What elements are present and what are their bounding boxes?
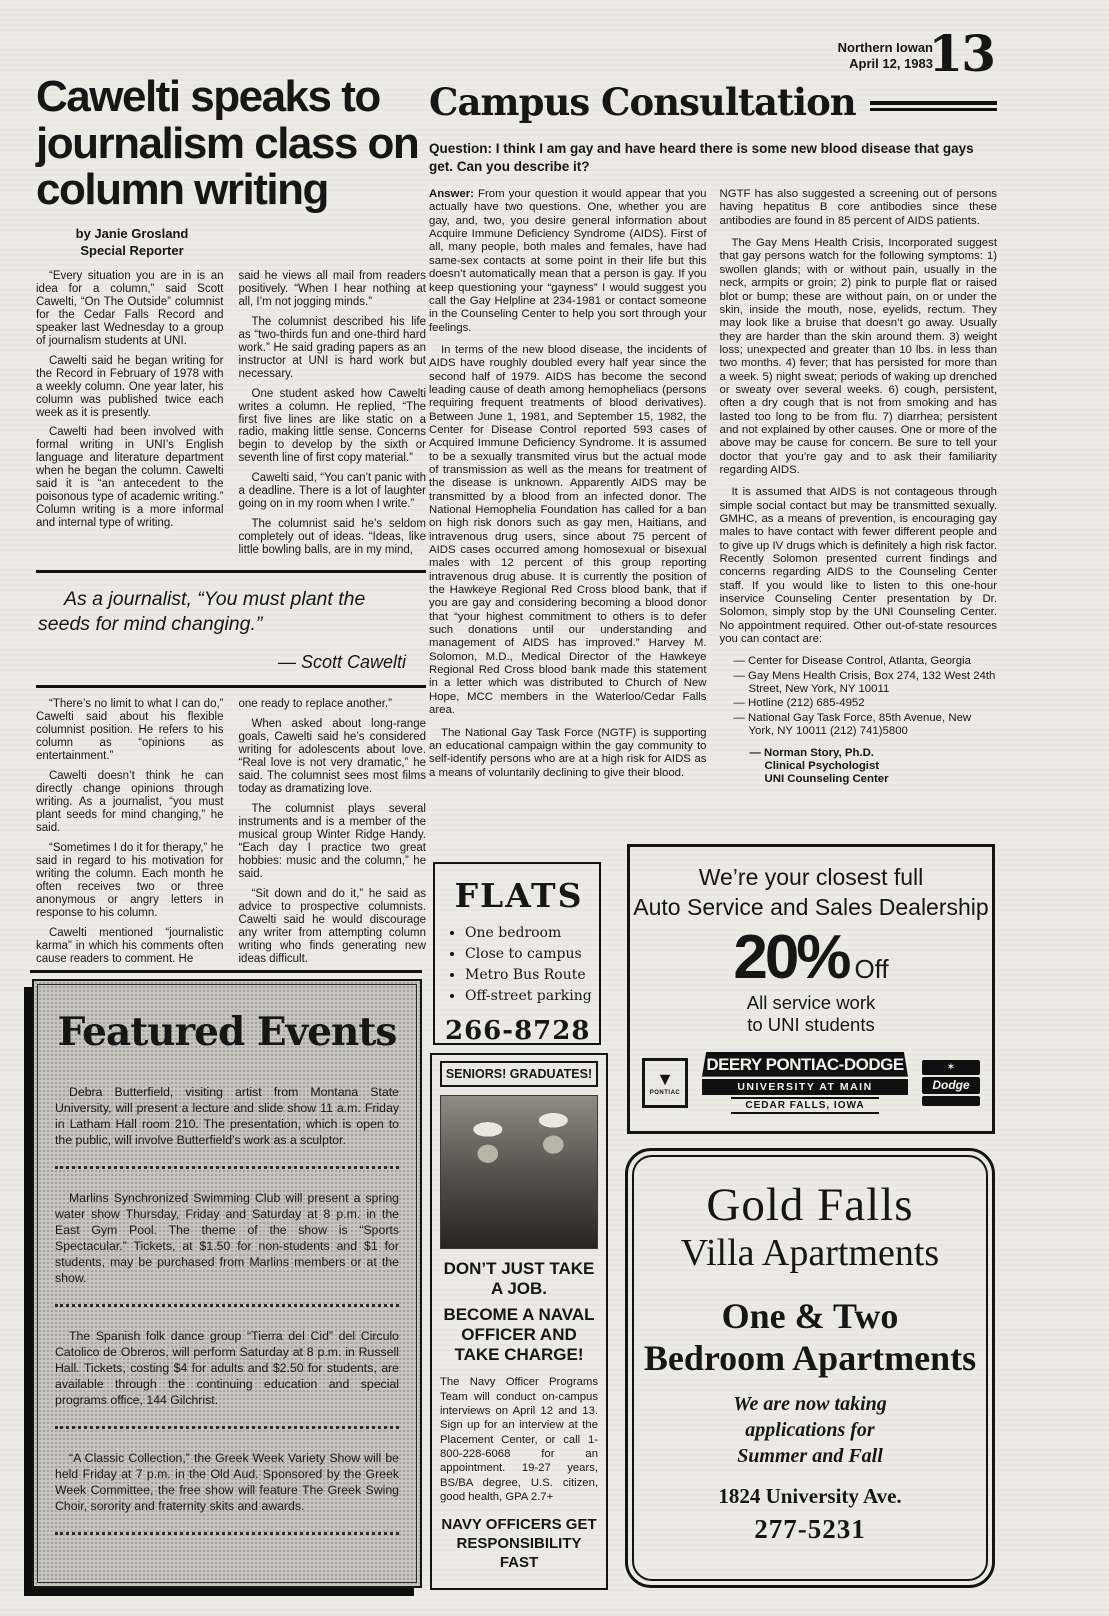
dodge-logo-bar [922, 1096, 980, 1106]
campus-consultation: Campus Consultation Question: I think I … [429, 80, 997, 789]
dealer-logo-row: ▼ PONTIAC DEERY PONTIAC-DODGE UNIVERSITY… [630, 1052, 992, 1114]
flats-bullet: One bedroom [465, 923, 593, 944]
dodge-logo-label: Dodge [922, 1077, 980, 1094]
consultation-title: Campus Consultation [429, 80, 856, 124]
dotted-divider [55, 1531, 399, 1535]
gold-falls-name-2: Villa Apartments [634, 1234, 986, 1274]
navy-headline-2: BECOME A NAVAL OFFICER AND TAKE CHARGE! [440, 1305, 598, 1365]
resource-item: — Center for Disease Control, Atlanta, G… [734, 655, 998, 668]
resource-item: — National Gay Task Force, 85th Avenue, … [734, 712, 998, 739]
consultation-paragraph: In terms of the new blood disease, the i… [429, 344, 707, 718]
consultation-paragraph: NGTF has also suggested a screening out … [720, 188, 998, 228]
article-column-3: “There’s no limit to what I can do,” Caw… [36, 698, 224, 973]
gold-falls-offer-1: One & Two [634, 1298, 986, 1336]
flats-ad: FLATS One bedroom Close to campus Metro … [433, 862, 601, 1045]
event-item: “A Classic Collection,” the Greek Week V… [55, 1451, 399, 1515]
article-lower-columns: “There’s no limit to what I can do,” Caw… [36, 698, 426, 973]
article-column-2: said he views all mail from readers posi… [239, 270, 427, 565]
article-paragraph: Cawelti doesn’t think he can directly ch… [36, 770, 224, 835]
article-cawelti: Cawelti speaks to journalism class on co… [36, 74, 426, 973]
consultation-columns: Answer: From your question it would appe… [429, 188, 997, 789]
event-item: Debra Butterfield, visiting artist from … [55, 1085, 399, 1149]
article-upper-columns: “Every situation you are in is an idea f… [36, 270, 426, 565]
gold-falls-tagline: We are now taking applications for Summe… [634, 1391, 986, 1469]
signature-org: UNI Counseling Center [765, 773, 998, 786]
flats-bullet: Close to campus [465, 944, 593, 965]
gold-falls-name-1: Gold Falls [634, 1181, 986, 1230]
article-paragraph: Cawelti said he began writing for the Re… [36, 355, 224, 420]
featured-events-top-rule [30, 970, 422, 973]
article-paragraph: When asked about long-range goals, Cawel… [239, 718, 427, 796]
navy-footer-text: NAVY OFFICERS GET RESPONSIBILITY FAST [440, 1516, 598, 1572]
pontiac-logo-label: PONTIAC [650, 1090, 681, 1096]
tagline-line: applications for [634, 1417, 986, 1443]
dotted-divider [55, 1165, 399, 1169]
discount-value: 20% [733, 923, 848, 992]
auto-service-ad: We’re your closest full Auto Service and… [627, 844, 995, 1134]
masthead-date: April 12, 1983 [838, 56, 933, 72]
gold-falls-inner: Gold Falls Villa Apartments One & Two Be… [632, 1155, 988, 1581]
signature-title: Clinical Psychologist [765, 760, 998, 773]
auto-discount-row: 20%Off [630, 929, 992, 988]
article-paragraph: Cawelti had been involved with formal wr… [36, 426, 224, 530]
byline-title: Special Reporter [36, 243, 228, 260]
signature-block: — Norman Story, Ph.D. Clinical Psycholog… [750, 747, 998, 787]
resource-item: — Gay Mens Health Crisis, Box 274, 132 W… [734, 670, 998, 697]
dotted-divider [55, 1303, 399, 1307]
byline: by Janie Grosland Special Reporter [36, 226, 228, 260]
pull-quote: As a journalist, “You must plant the see… [36, 570, 426, 688]
consultation-column-2: NGTF has also suggested a screening out … [720, 188, 998, 789]
article-paragraph: “There’s no limit to what I can do,” Caw… [36, 698, 224, 763]
pontiac-arrowhead-icon: ▼ [656, 1070, 674, 1088]
consultation-column-1: Answer: From your question it would appe… [429, 188, 707, 789]
deery-dealer-banner: DEERY PONTIAC-DODGE UNIVERSITY AT MAIN C… [702, 1052, 908, 1114]
article-paragraph: said he views all mail from readers posi… [239, 270, 427, 309]
flats-bullet-list: One bedroom Close to campus Metro Bus Ro… [445, 923, 593, 1007]
consultation-paragraph: The Gay Mens Health Crisis, Incorporated… [720, 237, 998, 477]
featured-events-inner: Featured Events Debra Butterfield, visit… [37, 984, 417, 1583]
article-paragraph: “Sit down and do it,” he said as advice … [239, 888, 427, 966]
flats-bullet: Metro Bus Route [465, 965, 593, 986]
dealer-location: UNIVERSITY AT MAIN [702, 1079, 908, 1095]
masthead-title: Northern Iowan [838, 40, 933, 56]
article-paragraph: “Sometimes I do it for therapy,” he said… [36, 842, 224, 920]
navy-ad: SENIORS! GRADUATES! DON’T JUST TAKE A JO… [430, 1053, 608, 1590]
gold-falls-ad: Gold Falls Villa Apartments One & Two Be… [625, 1148, 995, 1588]
featured-events-title: Featured Events [55, 1009, 399, 1055]
pull-quote-text: As a journalist, “You must plant the see… [38, 587, 420, 636]
event-item: Marlins Synchronized Swimming Club will … [55, 1191, 399, 1287]
dodge-logo: ✶ Dodge [922, 1060, 980, 1106]
gold-falls-phone: 277-5231 [634, 1514, 986, 1545]
consultation-paragraph: The National Gay Task Force (NGTF) is su… [429, 727, 707, 780]
navy-body-text: The Navy Officer Programs Team will cond… [440, 1375, 598, 1504]
auto-ad-line4: to UNI students [630, 1014, 992, 1036]
flats-bullet: Off-street parking [465, 986, 593, 1007]
consultation-answer-lead: Answer: From your question it would appe… [429, 188, 707, 335]
byline-author: by Janie Grosland [36, 226, 228, 243]
signature-name: — Norman Story, Ph.D. [750, 747, 998, 760]
featured-events-box: Featured Events Debra Butterfield, visit… [32, 979, 422, 1588]
masthead: Northern Iowan April 12, 1983 [838, 40, 933, 73]
article-paragraph: The columnist said he’s seldom completel… [239, 518, 427, 557]
gold-falls-address: 1824 University Ave. [634, 1484, 986, 1509]
dealer-city: CEDAR FALLS, IOWA [731, 1097, 879, 1114]
event-item: The Spanish folk dance group “Tierra del… [55, 1329, 399, 1409]
answer-lead-text: From your question it would appear that … [429, 188, 707, 333]
pontiac-logo: ▼ PONTIAC [642, 1058, 688, 1108]
article-paragraph: The columnist described his life as “two… [239, 316, 427, 381]
dodge-pentastar-icon: ✶ [922, 1060, 980, 1075]
article-headline: Cawelti speaks to journalism class on co… [36, 74, 426, 214]
dealer-name: DEERY PONTIAC-DODGE [702, 1052, 908, 1077]
article-paragraph: “Every situation you are in is an idea f… [36, 270, 224, 348]
article-column-4: one ready to replace another.” When aske… [239, 698, 427, 973]
flats-phone-number: 266-8728 [445, 1016, 593, 1046]
answer-label: Answer: [429, 188, 474, 200]
resource-item: — Hotline (212) 685-4952 [734, 697, 998, 710]
consultation-question: Question: I think I am gay and have hear… [429, 140, 997, 175]
article-paragraph: one ready to replace another.” [239, 698, 427, 711]
tagline-line: Summer and Fall [634, 1443, 986, 1469]
discount-suffix: Off [854, 954, 888, 984]
pull-quote-attribution: — Scott Cawelti [38, 652, 420, 673]
article-paragraph: Cawelti said, “You can’t panic with a de… [239, 472, 427, 511]
navy-ad-header: SENIORS! GRADUATES! [440, 1061, 598, 1087]
consultation-paragraph: It is assumed that AIDS is not contageou… [720, 486, 998, 646]
newspaper-page: Northern Iowan April 12, 1983 13 Cawelti… [0, 0, 1109, 1616]
article-paragraph: The columnist plays several instruments … [239, 803, 427, 881]
resource-list: — Center for Disease Control, Atlanta, G… [734, 655, 998, 738]
gold-falls-offer-2: Bedroom Apartments [634, 1340, 986, 1378]
auto-ad-line1: We’re your closest full [630, 863, 992, 893]
navy-officers-photo [440, 1095, 598, 1249]
page-number: 13 [928, 24, 994, 83]
auto-ad-line3: All service work [630, 992, 992, 1014]
auto-ad-line2: Auto Service and Sales Dealership [630, 893, 992, 923]
double-rule [870, 101, 997, 111]
navy-headline-1: DON’T JUST TAKE A JOB. [440, 1259, 598, 1299]
tagline-line: We are now taking [634, 1391, 986, 1417]
consultation-header: Campus Consultation [429, 80, 997, 124]
article-paragraph: One student asked how Cawelti writes a c… [239, 388, 427, 466]
article-paragraph: Cawelti mentioned “journalistic karma” i… [36, 927, 224, 966]
dotted-divider [55, 1425, 399, 1429]
flats-ad-title: FLATS [445, 876, 593, 915]
article-column-1: “Every situation you are in is an idea f… [36, 270, 224, 565]
